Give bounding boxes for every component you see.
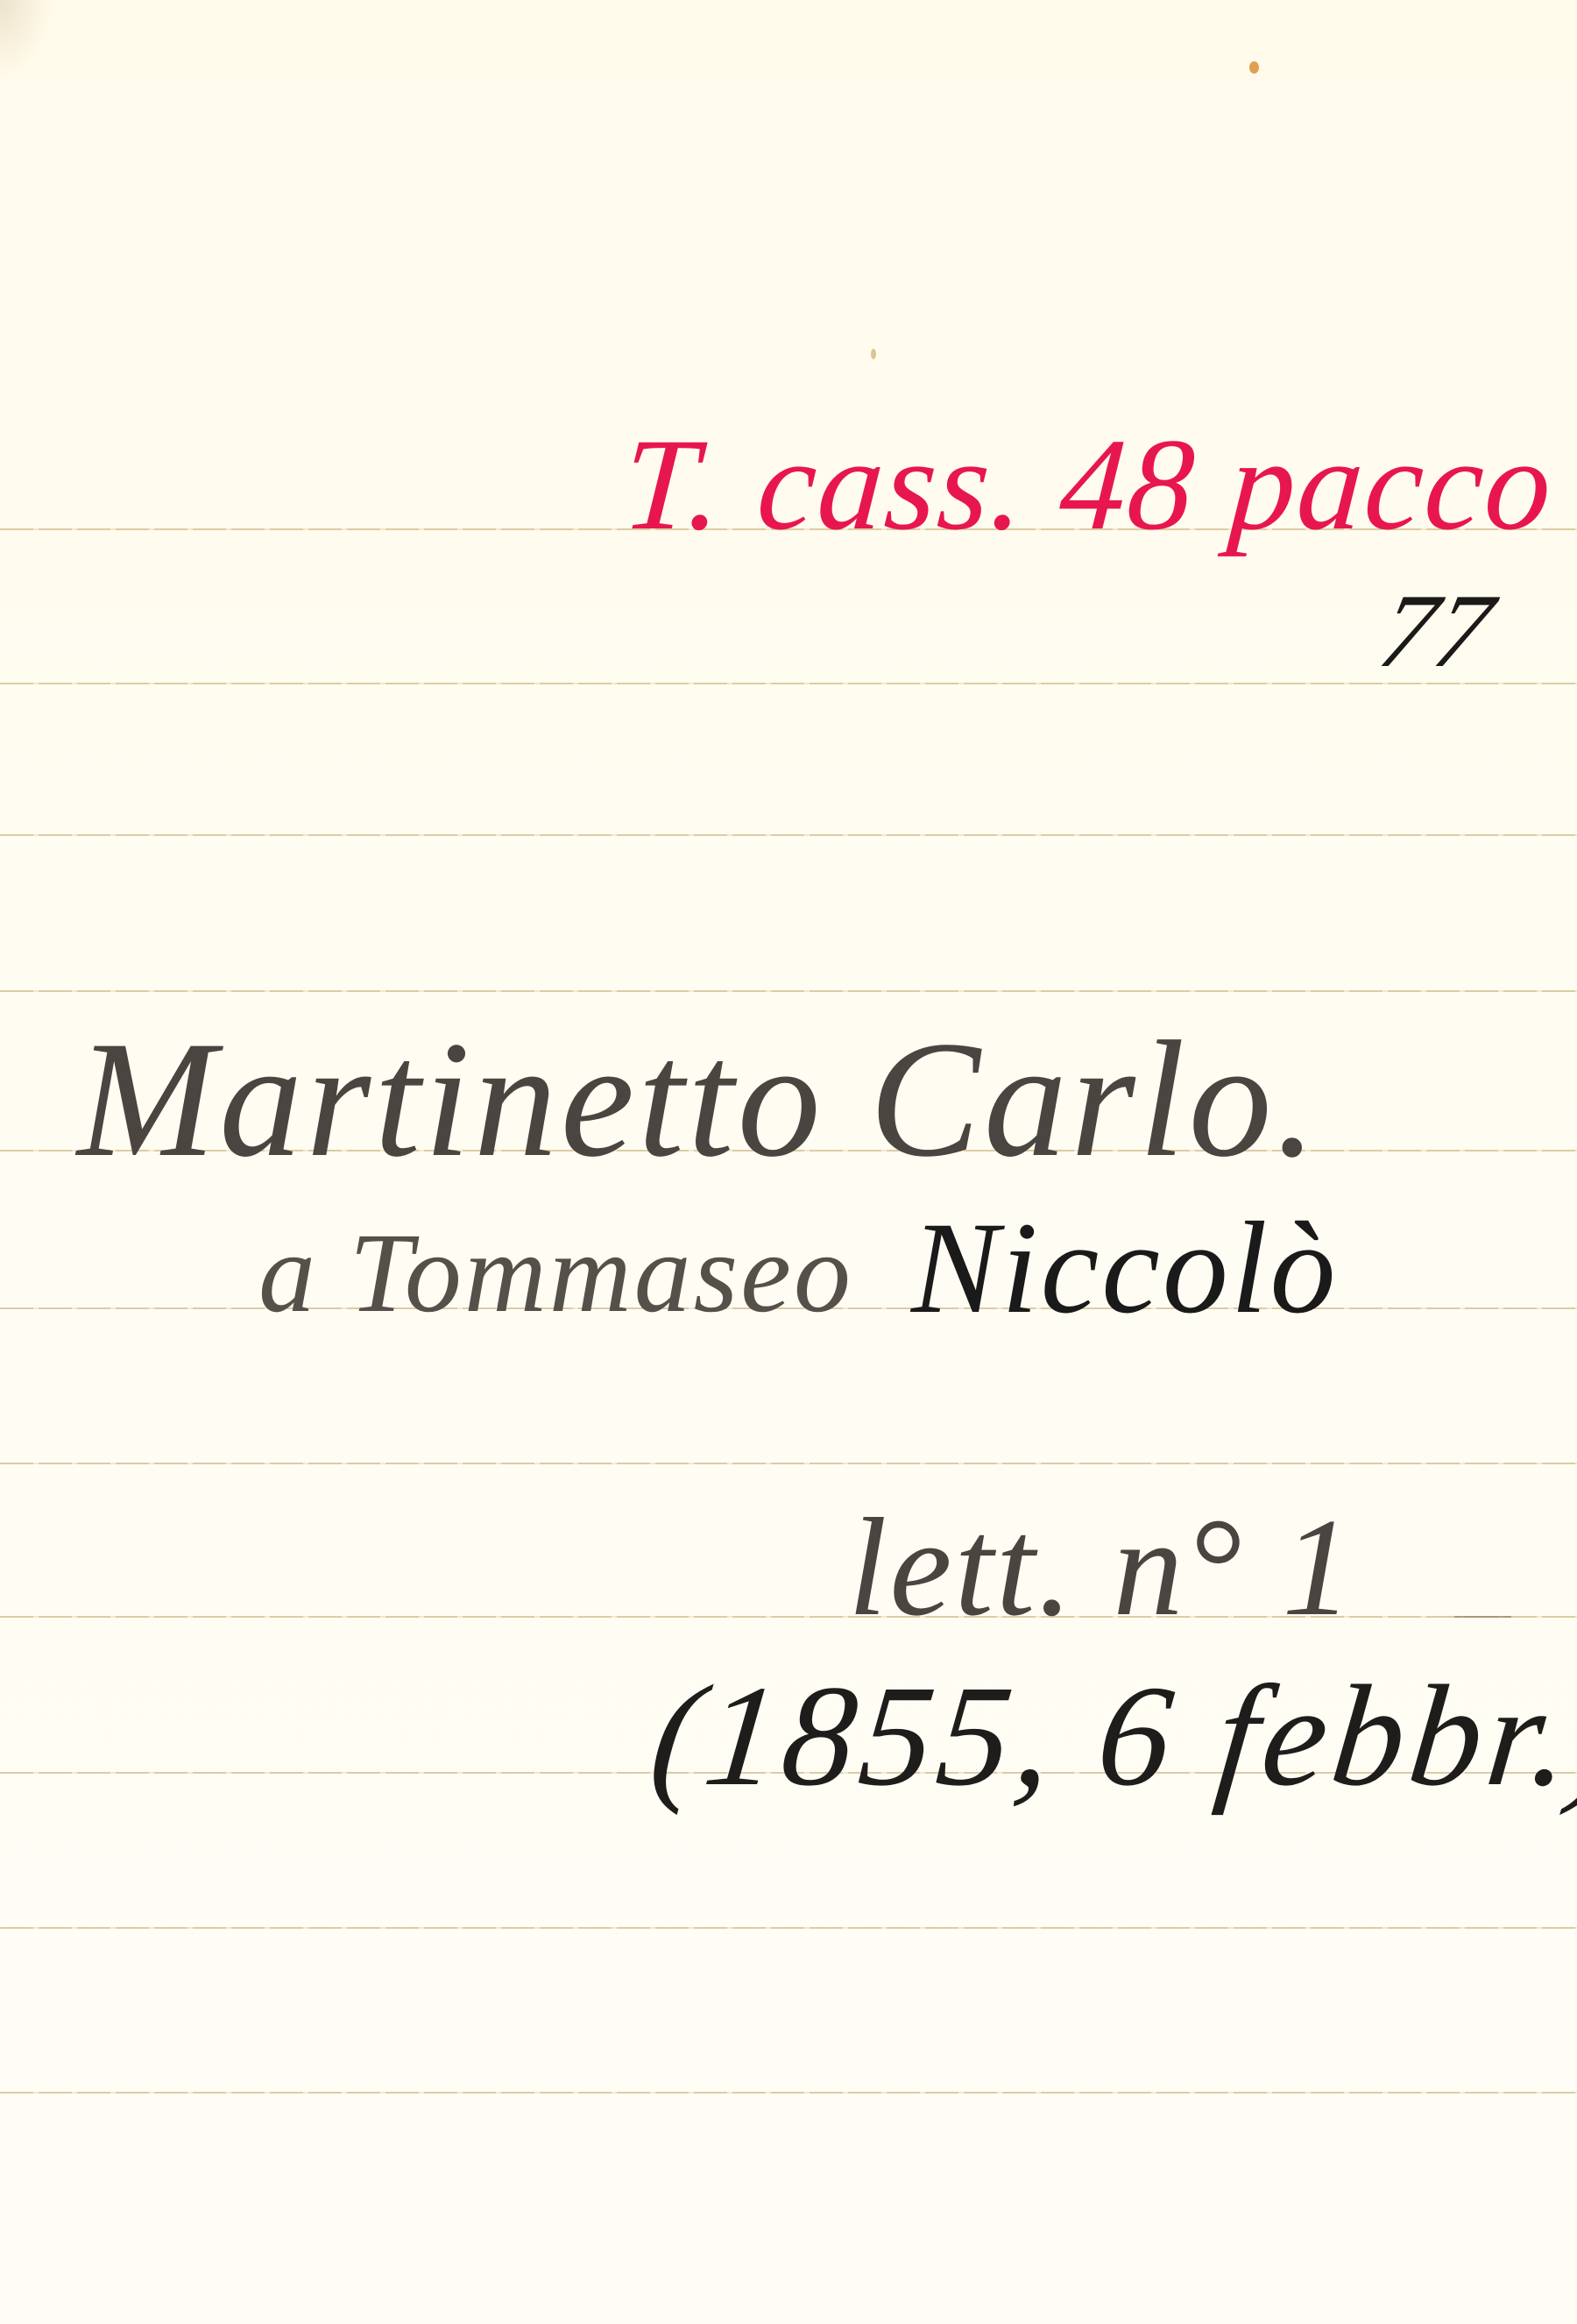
- ruled-line: [0, 2092, 1577, 2094]
- recipient-first-name: Niccolò: [911, 1202, 1339, 1334]
- shelfmark-text: T. cass. 48 pacco 101.: [619, 419, 1577, 550]
- item-number: 77: [1371, 578, 1503, 684]
- ruled-line: [0, 990, 1577, 992]
- ruled-line: [0, 1463, 1577, 1464]
- correspondent-name: Martinetto Carlo.: [77, 1017, 1320, 1183]
- ruled-line: [0, 683, 1577, 684]
- foxing-spot: [871, 349, 876, 359]
- letter-count: lett. n° 1: [848, 1497, 1354, 1637]
- index-card: T. cass. 48 pacco 101. 77 Martinetto Car…: [0, 0, 1577, 2324]
- letter-date: (1855, 6 febbr.): [645, 1663, 1577, 1808]
- ruled-line: [0, 834, 1577, 836]
- foxing-spot: [1249, 61, 1259, 74]
- recipient-prefix: a Tommaseo: [258, 1216, 853, 1330]
- ruled-line: [0, 1927, 1577, 1929]
